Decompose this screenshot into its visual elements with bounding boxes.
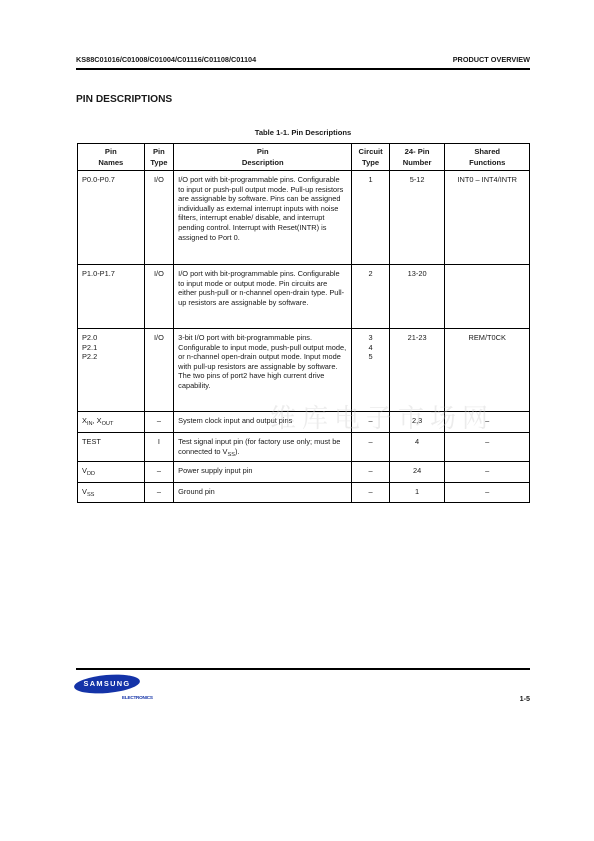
pin-name: P2.0 P2.1 P2.2 bbox=[78, 329, 145, 412]
pin-name: TEST bbox=[78, 433, 145, 462]
pin-description: Test signal input pin (for factory use o… bbox=[174, 433, 352, 462]
pin-description: I/O port with bit-programmable pins. Con… bbox=[174, 265, 352, 329]
pin-name: P1.0-P1.7 bbox=[78, 265, 145, 329]
pin-type: I/O bbox=[144, 265, 174, 329]
pin-number: 21-23 bbox=[389, 329, 445, 412]
table-row: TEST I Test signal input pin (for factor… bbox=[78, 433, 530, 462]
pin-name: VSS bbox=[78, 483, 145, 503]
circuit-type: 3 4 5 bbox=[352, 329, 389, 412]
table-header-row: PinNames PinType PinDescription CircuitT… bbox=[78, 144, 530, 171]
table-row: VSS – Ground pin – 1 – bbox=[78, 483, 530, 503]
pin-number: 1 bbox=[389, 483, 445, 503]
shared-functions: – bbox=[445, 412, 530, 433]
section-title: PIN DESCRIPTIONS bbox=[76, 94, 172, 105]
pin-type: I bbox=[144, 433, 174, 462]
shared-functions: – bbox=[445, 483, 530, 503]
pin-type: I/O bbox=[144, 329, 174, 412]
pin-type: I/O bbox=[144, 171, 174, 265]
header-section: PRODUCT OVERVIEW bbox=[453, 55, 530, 64]
shared-functions: REM/T0CK bbox=[445, 329, 530, 412]
logo-text: SAMSUNG bbox=[74, 679, 140, 688]
pin-description: System clock input and output pins bbox=[174, 412, 352, 433]
pin-number: 4 bbox=[389, 433, 445, 462]
pin-type: – bbox=[144, 412, 174, 433]
pin-description: Power supply input pin bbox=[174, 462, 352, 483]
pin-number: 24 bbox=[389, 462, 445, 483]
table-caption: Table 1-1. Pin Descriptions bbox=[76, 128, 530, 137]
circuit-type: 1 bbox=[352, 171, 389, 265]
header-part-numbers: KS88C01016/C01008/C01004/C01116/C01108/C… bbox=[76, 55, 256, 64]
col-header-circuit-type: CircuitType bbox=[352, 144, 389, 171]
circuit-type: – bbox=[352, 462, 389, 483]
table-row: XIN, XOUT – System clock input and outpu… bbox=[78, 412, 530, 433]
table-row: P1.0-P1.7 I/O I/O port with bit-programm… bbox=[78, 265, 530, 329]
footer-rule bbox=[76, 668, 530, 670]
table-row: P0.0-P0.7 I/O I/O port with bit-programm… bbox=[78, 171, 530, 265]
logo-subtext: ELECTRONICS bbox=[122, 695, 153, 700]
table-row: VDD – Power supply input pin – 24 – bbox=[78, 462, 530, 483]
circuit-type: – bbox=[352, 412, 389, 433]
pin-type: – bbox=[144, 462, 174, 483]
col-header-pin-description: PinDescription bbox=[174, 144, 352, 171]
running-header: KS88C01016/C01008/C01004/C01116/C01108/C… bbox=[76, 55, 530, 67]
pin-description: Ground pin bbox=[174, 483, 352, 503]
circuit-type: – bbox=[352, 433, 389, 462]
col-header-pin-names: PinNames bbox=[78, 144, 145, 171]
samsung-logo: SAMSUNG bbox=[74, 675, 140, 695]
pin-number: 2,3 bbox=[389, 412, 445, 433]
col-header-pin-type: PinType bbox=[144, 144, 174, 171]
header-rule bbox=[76, 68, 530, 70]
pin-description-table: PinNames PinType PinDescription CircuitT… bbox=[77, 143, 530, 503]
pin-name: VDD bbox=[78, 462, 145, 483]
pin-name: P0.0-P0.7 bbox=[78, 171, 145, 265]
pin-name: XIN, XOUT bbox=[78, 412, 145, 433]
pin-description: 3-bit I/O port with bit-programmable pin… bbox=[174, 329, 352, 412]
circuit-type: – bbox=[352, 483, 389, 503]
col-header-shared-functions: SharedFunctions bbox=[445, 144, 530, 171]
page-number: 1-5 bbox=[520, 694, 530, 703]
pin-type: – bbox=[144, 483, 174, 503]
pin-number: 5-12 bbox=[389, 171, 445, 265]
table-row: P2.0 P2.1 P2.2 I/O 3-bit I/O port with b… bbox=[78, 329, 530, 412]
pin-description: I/O port with bit-programmable pins. Con… bbox=[174, 171, 352, 265]
shared-functions: – bbox=[445, 433, 530, 462]
circuit-type: 2 bbox=[352, 265, 389, 329]
col-header-pin-number: 24- PinNumber bbox=[389, 144, 445, 171]
pin-number: 13-20 bbox=[389, 265, 445, 329]
shared-functions: INT0 – INT4/INTR bbox=[445, 171, 530, 265]
shared-functions bbox=[445, 265, 530, 329]
shared-functions: – bbox=[445, 462, 530, 483]
